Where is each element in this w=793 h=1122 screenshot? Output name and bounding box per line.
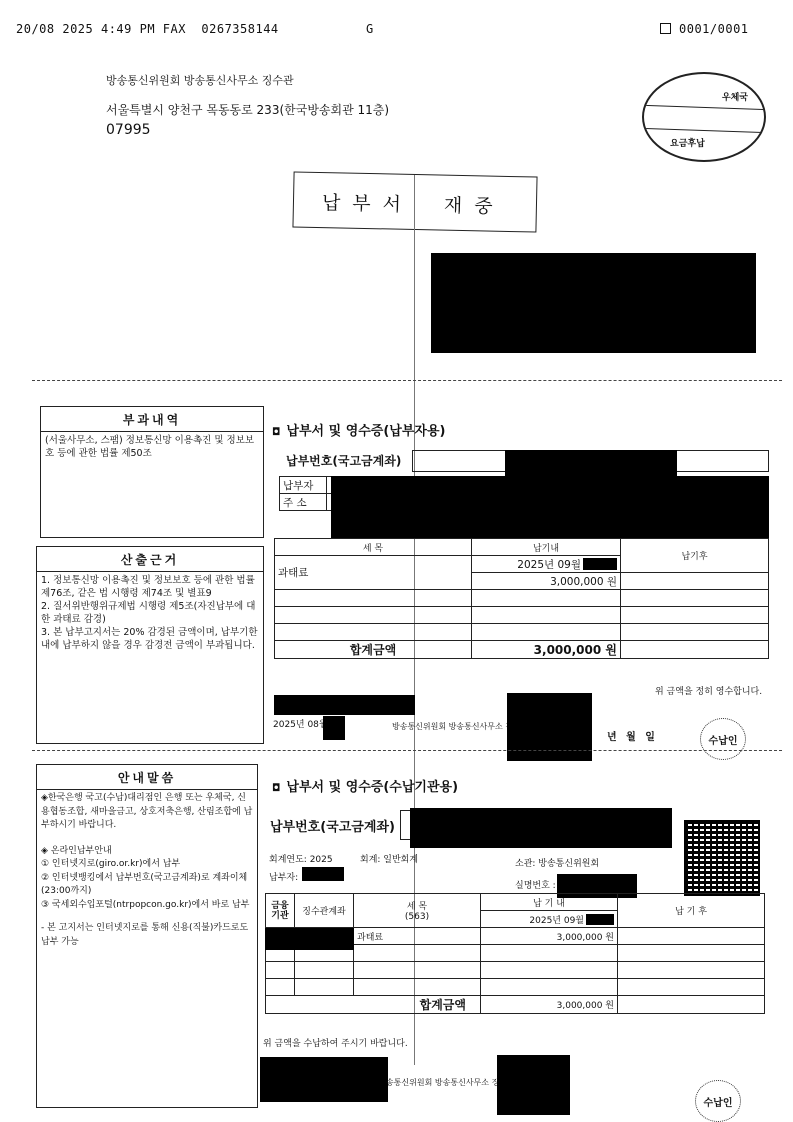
online-heading: ◈ 온라인납부안내 <box>41 845 253 859</box>
issue-date: 2025년 08월 <box>273 717 328 730</box>
card-note: - 본 고지서는 인터넷지로를 통해 신용(직불)카드로도 납부 가능 <box>41 922 253 949</box>
fax-page-indicator: 0001/0001 <box>660 22 749 36</box>
basis-item: 3. 본 납부고지서는 20% 감경된 금액이며, 납부기한 내에 납부하지 않… <box>41 626 259 652</box>
fax-header: 20/08 2025 4:49 PM FAX 0267358144 <box>16 22 279 36</box>
col-collection-account: 징수관계좌 <box>295 894 354 928</box>
receipt-note: 위 금액을 정히 영수합니다. <box>655 684 762 697</box>
jurisdiction: 소관: 방송통신위원회 <box>515 856 599 869</box>
item-name: 과태료 <box>275 556 472 590</box>
due-date: 2025년 09월 <box>472 556 621 573</box>
fax-datetime: 20/08 2025 4:49 PM FAX <box>16 22 186 36</box>
agency-payment-number-label: 납부번호(국고금계좌) <box>270 816 395 835</box>
col-bank: 금융기관 <box>266 894 295 928</box>
fax-page-icon <box>660 23 671 34</box>
page-count: 0001/0001 <box>679 22 749 36</box>
account: 회계: 일반회계 <box>360 852 418 865</box>
col-tax-item: 세 목(563) <box>354 894 481 928</box>
document-title-box: 납부서 재중 <box>292 171 537 232</box>
redacted-block <box>323 716 345 740</box>
document-title: 납부서 <box>322 188 414 217</box>
guidance-paragraph: ◈한국은행 국고(수납)대리점인 은행 또는 우체국, 신용협동조합, 새마을금… <box>41 792 253 833</box>
total-amount: 3,000,000 원 <box>472 641 621 659</box>
sender-address: 서울특별시 양천구 목동동로 233(한국방송회관 11층) <box>106 101 389 118</box>
calculation-basis-heading: 산출근거 <box>37 547 263 572</box>
basis-item: 2. 질서위반행위규제법 시행령 제5조(자진납부에 대한 과태료 감경) <box>41 600 259 626</box>
redacted-block <box>302 867 344 881</box>
redacted-block <box>431 253 756 353</box>
payer-amount-table: 세 목 납기내 납기후 과태료 2025년 09월 3,000,000 원 합계… <box>274 538 769 659</box>
online-item: ③ 국세외수입포털(ntrpopcon.go.kr)에서 바로 납부 <box>41 899 253 913</box>
payer-label: 납부자 <box>280 477 327 494</box>
sender-postal-code: 07995 <box>106 122 151 138</box>
redacted-block <box>505 450 677 476</box>
sender-organization: 방송통신위원회 방송통신사무소 징수관 <box>106 72 294 88</box>
levy-details-panel: 부과내역 (서울사무소, 스팸) 정보통신망 이용촉진 및 정보보호 등에 관한… <box>40 406 264 538</box>
levy-details-text: (서울사무소, 스팸) 정보통신망 이용촉진 및 정보보호 등에 관한 법률 제… <box>41 432 263 462</box>
basis-item: 1. 정보통신망 이용촉진 및 정보보호 등에 관한 법률 제76조, 같은 법… <box>41 574 259 600</box>
due-date: 2025년 09월 <box>481 911 618 928</box>
fax-marker: G <box>366 22 374 36</box>
online-item: ② 인터넷뱅킹에서 납부번호(국고금계좌)로 계좌이체 (23:00까지) <box>41 872 253 899</box>
tear-line <box>32 750 782 751</box>
postal-mark-top: 우체국 <box>722 90 748 103</box>
receipt-stamp: 수납인 <box>700 718 746 760</box>
agency-amount-table: 금융기관 징수관계좌 세 목(563) 납 기 내 납 기 후 2025년 09… <box>265 893 765 1014</box>
total-amount: 3,000,000 원 <box>481 996 618 1014</box>
fiscal-year: 회계연도: 2025 <box>269 852 333 865</box>
fax-number: 0267358144 <box>201 22 278 36</box>
guidance-heading: 안내말씀 <box>37 765 257 790</box>
guidance-panel: 안내말씀 ◈한국은행 국고(수납)대리점인 은행 또는 우체국, 신용협동조합,… <box>36 764 258 1108</box>
item-name: 과태료 <box>354 928 481 945</box>
item-amount: 3,000,000 원 <box>481 928 618 945</box>
agency-receipt-title: ◘납부서 및 영수증(수납기관용) <box>272 776 458 795</box>
request-note: 위 금액을 수납하여 주시기 바랍니다. <box>263 1036 408 1049</box>
postal-mark-bottom: 요금후납 <box>670 136 705 149</box>
item-amount: 3,000,000 원 <box>472 573 621 590</box>
bullet-icon: ◘ <box>272 427 280 438</box>
agency-payer-label: 납부자: <box>269 870 298 883</box>
total-label: 합계금액 <box>275 641 472 659</box>
col-before-due: 납기내 <box>472 539 621 556</box>
redacted-block <box>274 695 415 715</box>
payer-receipt-title: ◘납부서 및 영수증(납부자용) <box>272 420 445 439</box>
postal-mark: 우체국 요금후납 <box>642 72 766 162</box>
tear-line <box>32 380 782 381</box>
calculation-basis-panel: 산출근거 1. 정보통신망 이용촉진 및 정보보호 등에 관한 법률 제76조,… <box>36 546 264 744</box>
qr-code-icon <box>684 820 760 896</box>
postal-band <box>644 105 765 133</box>
issuer: 방송통신위원회 방송통신사무소 징 <box>392 721 513 732</box>
address-label: 주 소 <box>280 494 327 511</box>
col-tax-item: 세 목 <box>275 539 472 556</box>
redacted-block <box>331 476 769 538</box>
payer-payment-number-label: 납부번호(국고금계좌) <box>286 452 401 469</box>
col-after-due: 납 기 후 <box>618 894 765 928</box>
online-item: ① 인터넷지로(giro.or.kr)에서 납부 <box>41 858 253 872</box>
id-number-label: 실명번호 : <box>515 878 556 891</box>
col-before-due: 납 기 내 <box>481 894 618 911</box>
total-label: 합계금액 <box>266 996 481 1014</box>
redacted-block <box>410 808 672 848</box>
col-after-due: 납기후 <box>621 539 769 573</box>
date-placeholder: 년 월 일 <box>607 728 655 743</box>
redacted-block <box>497 1055 570 1115</box>
levy-details-heading: 부과내역 <box>41 407 263 432</box>
redacted-block <box>265 928 354 950</box>
receipt-stamp: 수납인 <box>695 1080 741 1122</box>
document-title-stamp: 재중 <box>444 191 505 219</box>
issuer: 송통신위원회 방송통신사무소 징 <box>386 1077 499 1088</box>
redacted-block <box>260 1057 388 1102</box>
bullet-icon: ◘ <box>272 783 280 794</box>
